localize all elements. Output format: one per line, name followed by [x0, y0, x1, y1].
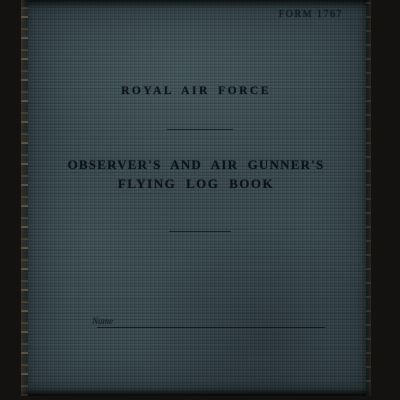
form-number: FORM 1767 [279, 9, 343, 20]
worn-edge-left [21, 0, 28, 396]
cover-title-line1: OBSERVER'S AND AIR GUNNER'S [30, 157, 362, 173]
log-book-cover: FORM 1767 ROYAL AIR FORCE OBSERVER'S AND… [21, 0, 371, 396]
cover-title-line2: FLYING LOG BOOK [30, 176, 362, 192]
divider-rule-top [167, 129, 233, 130]
divider-rule-middle [169, 231, 231, 232]
photograph: FORM 1767 ROYAL AIR FORCE OBSERVER'S AND… [0, 0, 400, 400]
name-entry-line [97, 327, 325, 328]
worn-edge-right [366, 0, 371, 396]
cover-bottom-shadow [21, 391, 371, 396]
name-label: Name [92, 316, 113, 326]
royal-air-force-heading: ROYAL AIR FORCE [30, 85, 362, 97]
